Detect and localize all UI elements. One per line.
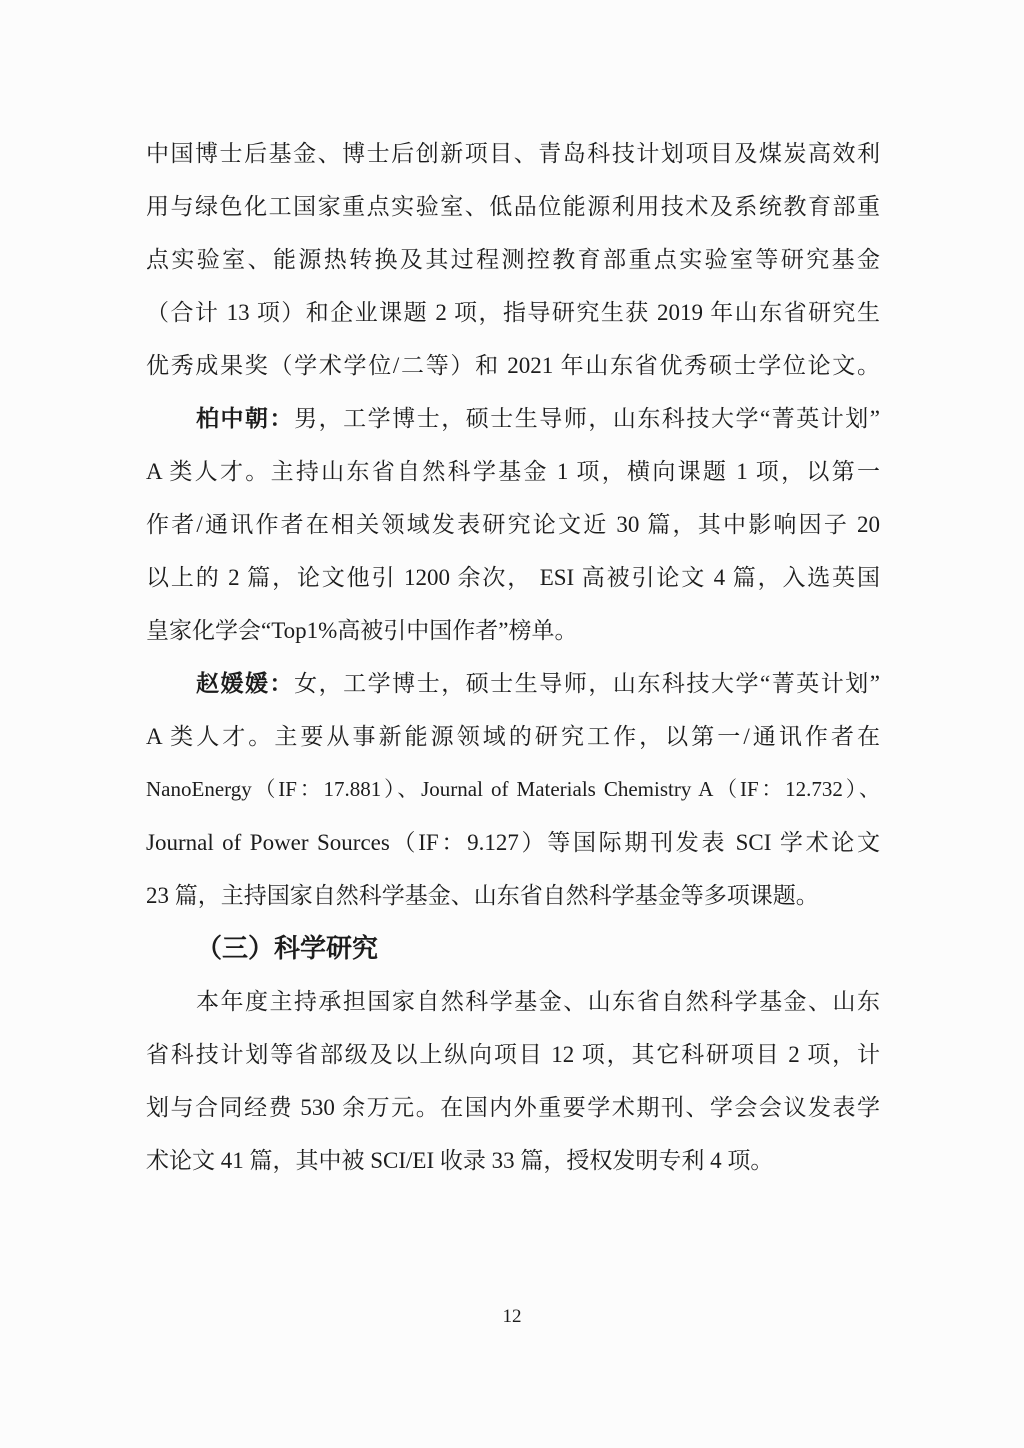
section-heading: （三）科学研究 [146,922,880,975]
paragraph-line: 作者/通讯作者在相关领域发表研究论文近 30 篇，其中影响因子 20 [146,498,880,551]
paragraph-line: A 类人才。主持山东省自然科学基金 1 项，横向课题 1 项，以第一 [146,445,880,498]
paragraph-text: 女，工学博士，硕士生导师，山东科技大学“菁英计划” [294,671,880,696]
paragraph-line: 柏中朝：男，工学博士，硕士生导师，山东科技大学“菁英计划” [146,392,880,445]
paragraph-line: 以上的 2 篇，论文他引 1200 余次， ESI 高被引论文 4 篇，入选英国 [146,551,880,604]
paragraph-line: 23 篇，主持国家自然科学基金、山东省自然科学基金等多项课题。 [146,869,880,922]
paragraph-line: 术论文 41 篇，其中被 SCI/EI 收录 33 篇，授权发明专利 4 项。 [146,1134,880,1187]
paragraph-line: 皇家化学会“Top1%高被引中国作者”榜单。 [146,604,880,657]
paragraph-line: 优秀成果奖（学术学位/二等）和 2021 年山东省优秀硕士学位论文。 [146,339,880,392]
person-name: 柏中朝： [196,406,294,431]
paragraph-line: 省科技计划等省部级及以上纵向项目 12 项，其它科研项目 2 项，计 [146,1028,880,1081]
paragraph-line: NanoEnergy（IF：17.881）、Journal of Materia… [146,763,880,816]
paragraph-line: 用与绿色化工国家重点实验室、低品位能源利用技术及系统教育部重 [146,180,880,233]
person-name: 赵媛媛： [196,671,294,696]
paragraph-line: 中国博士后基金、博士后创新项目、青岛科技计划项目及煤炭高效利 [146,127,880,180]
paragraph-text: 男，工学博士，硕士生导师，山东科技大学“菁英计划” [294,406,880,431]
paragraph-line: 划与合同经费 530 余万元。在国内外重要学术期刊、学会会议发表学 [146,1081,880,1134]
paragraph-line: A 类人才。主要从事新能源领域的研究工作，以第一/通讯作者在 [146,710,880,763]
page-number: 12 [0,1305,1024,1329]
paragraph-line: 赵媛媛：女，工学博士，硕士生导师，山东科技大学“菁英计划” [146,657,880,710]
document-page-body: 中国博士后基金、博士后创新项目、青岛科技计划项目及煤炭高效利 用与绿色化工国家重… [146,127,880,1187]
paragraph-line: 点实验室、能源热转换及其过程测控教育部重点实验室等研究基金 [146,233,880,286]
paragraph-line: （合计 13 项）和企业课题 2 项，指导研究生获 2019 年山东省研究生 [146,286,880,339]
paragraph-line: Journal of Power Sources（IF：9.127）等国际期刊发… [146,816,880,869]
paragraph-line: 本年度主持承担国家自然科学基金、山东省自然科学基金、山东 [146,975,880,1028]
